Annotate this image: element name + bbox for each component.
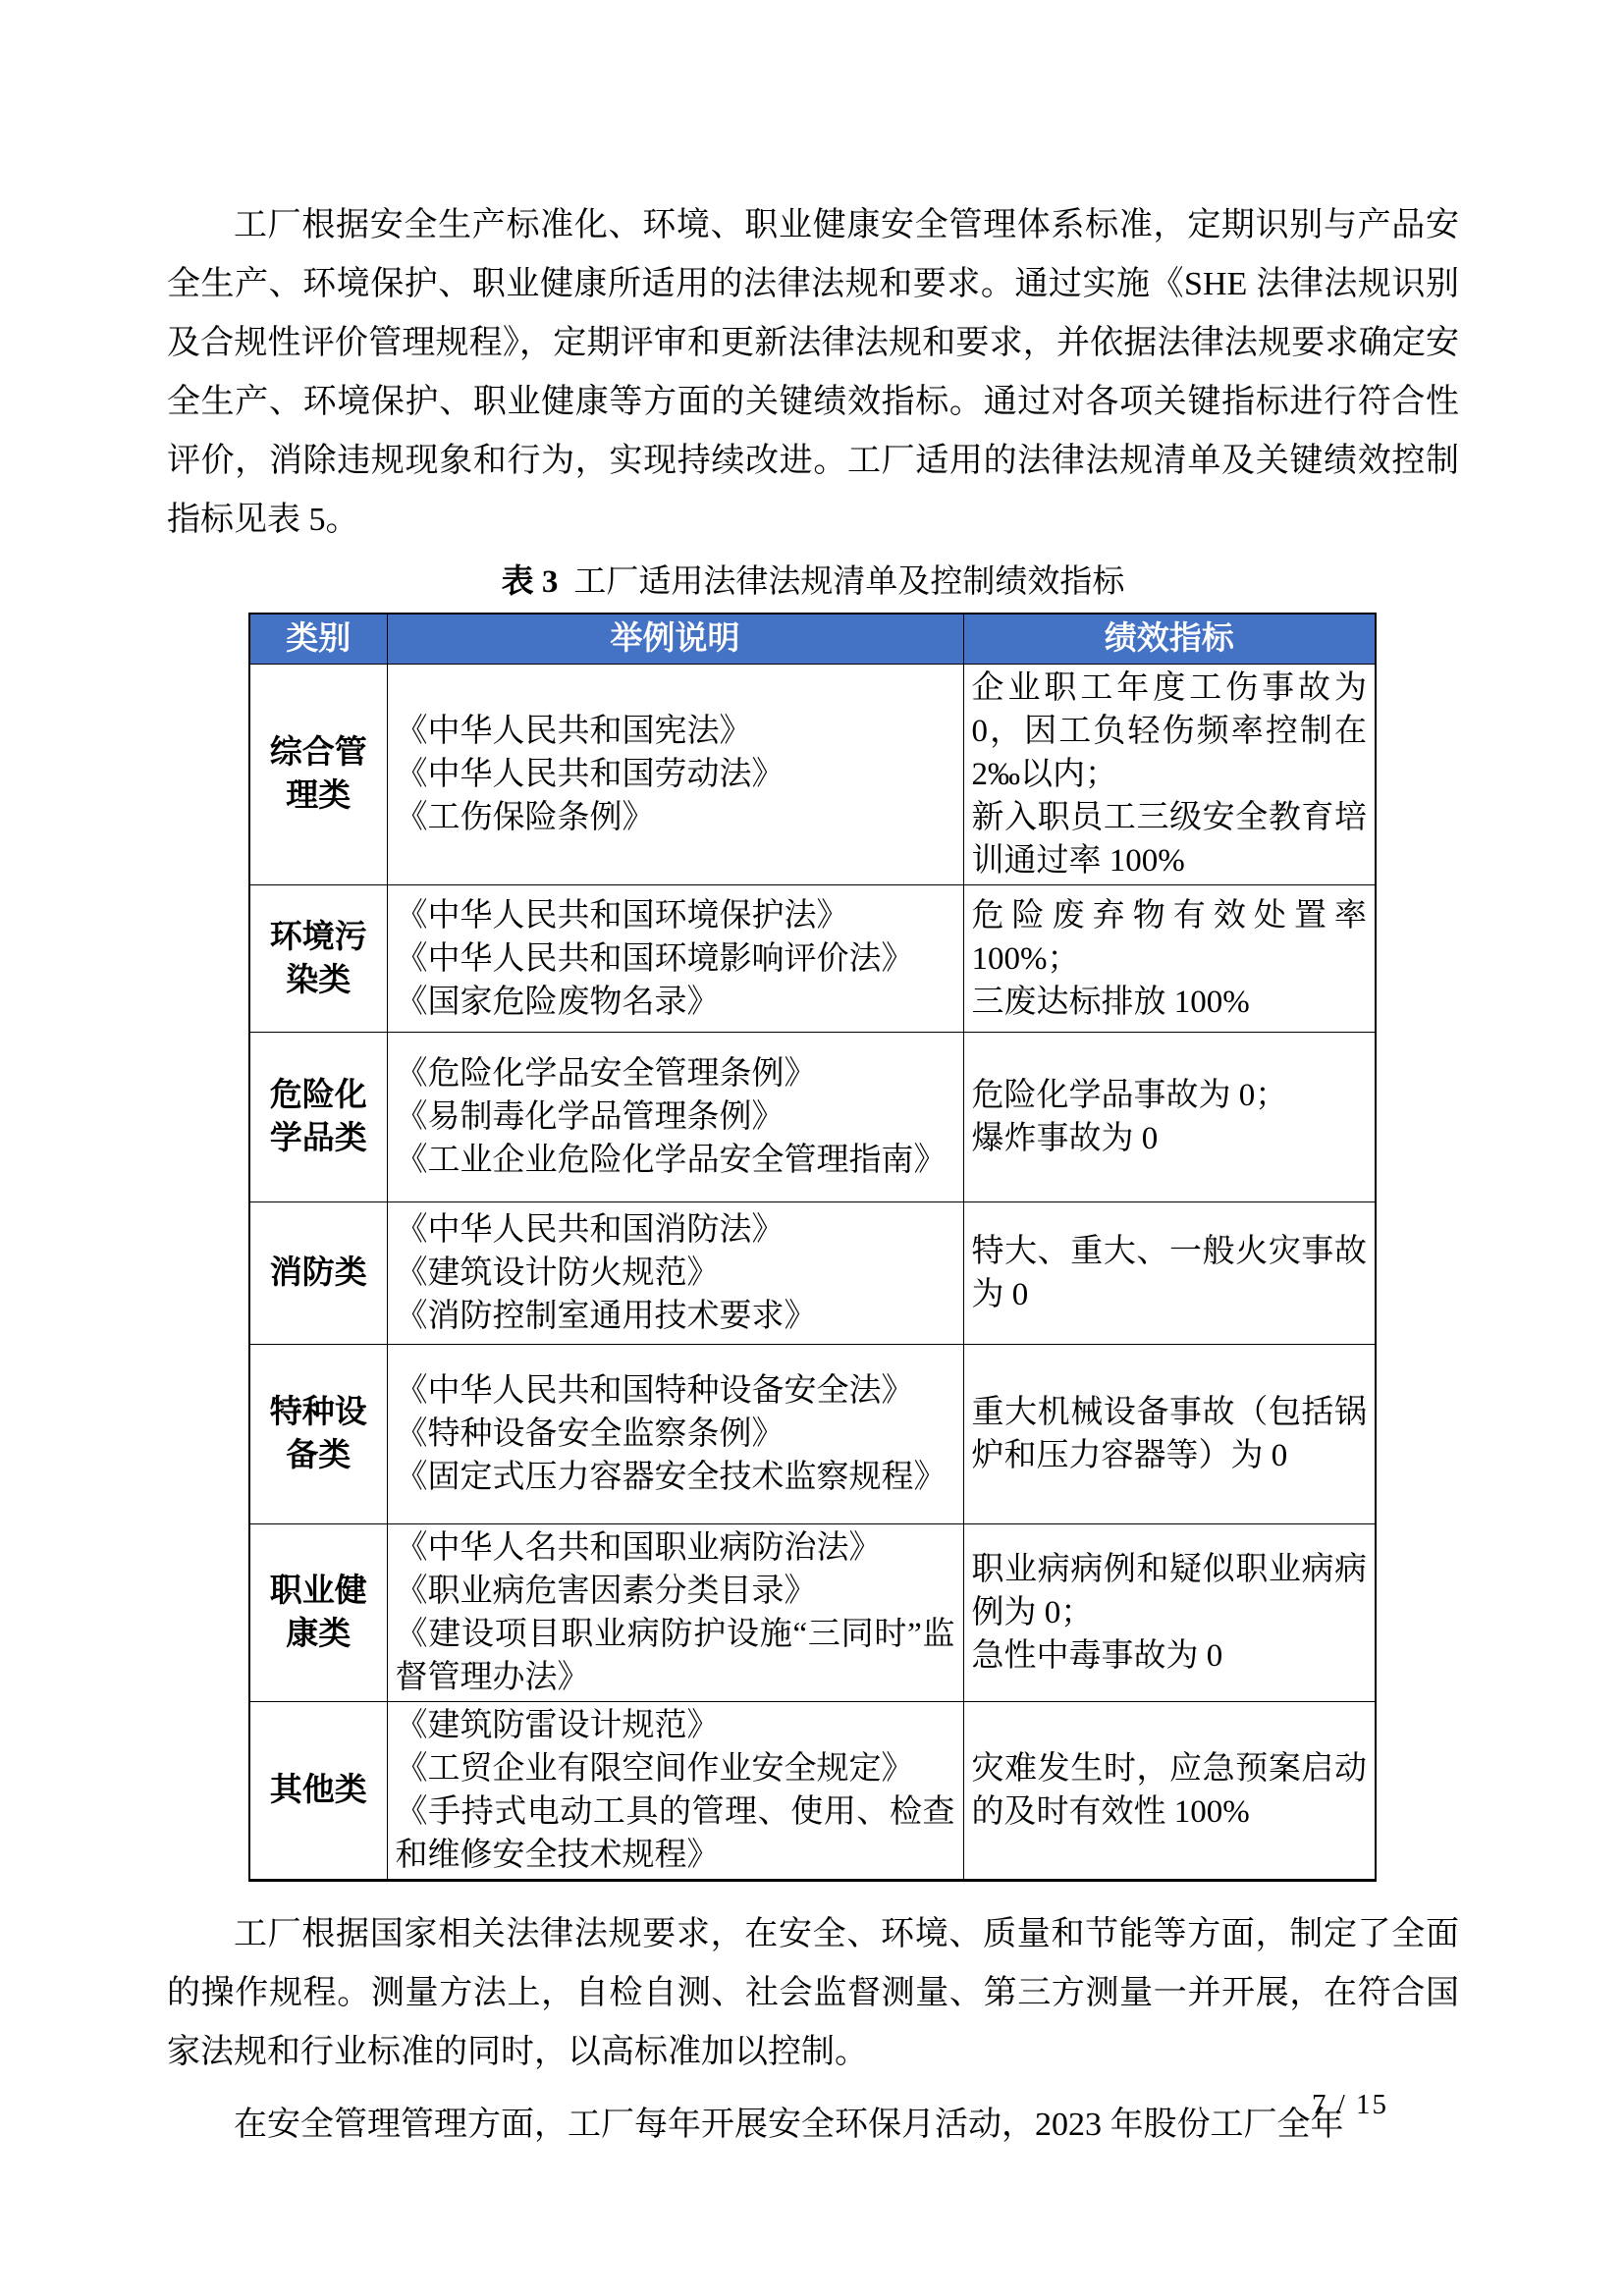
example-item: 《易制毒化学品管理条例》 — [396, 1095, 955, 1139]
example-item: 《消防控制室通用技术要求》 — [396, 1295, 955, 1338]
table-row-special-equipment: 特种设备类 《中华人民共和国特种设备安全法》 《特种设备安全监察条例》 《固定式… — [249, 1345, 1376, 1524]
example-item: 《工伤保险条例》 — [396, 796, 955, 839]
kpi-cell: 职业病病例和疑似职业病病例为 0； 急性中毒事故为 0 — [963, 1524, 1376, 1702]
column-header-category: 类别 — [249, 614, 387, 665]
kpi-item: 重大机械设备事故（包括锅炉和压力容器等）为 0 — [972, 1391, 1368, 1477]
column-header-examples: 举例说明 — [387, 614, 963, 665]
kpi-item: 职业病病例和疑似职业病病例为 0； — [972, 1548, 1368, 1634]
example-item: 《建筑设计防火规范》 — [396, 1252, 955, 1295]
paragraph-intro: 工厂根据安全生产标准化、环境、职业健康安全管理体系标准，定期识别与产品安全生产、… — [167, 196, 1459, 550]
category-cell: 消防类 — [249, 1202, 387, 1345]
table-row-general-management: 综合管理类 《中华人民共和国宪法》 《中华人民共和国劳动法》 《工伤保险条例》 … — [249, 665, 1376, 885]
examples-cell: 《危险化学品安全管理条例》 《易制毒化学品管理条例》 《工业企业危险化学品安全管… — [387, 1033, 963, 1202]
kpi-cell: 灾难发生时，应急预案启动的及时有效性 100% — [963, 1702, 1376, 1881]
category-cell: 环境污染类 — [249, 885, 387, 1033]
example-item: 《手持式电动工具的管理、使用、检查和维修安全技术规程》 — [396, 1790, 955, 1877]
table-row-environment-pollution: 环境污染类 《中华人民共和国环境保护法》 《中华人民共和国环境影响评价法》 《国… — [249, 885, 1376, 1033]
examples-cell: 《中华人名共和国职业病防治法》 《职业病危害因素分类目录》 《建设项目职业病防护… — [387, 1524, 963, 1702]
examples-cell: 《中华人民共和国特种设备安全法》 《特种设备安全监察条例》 《固定式压力容器安全… — [387, 1345, 963, 1524]
example-item: 《中华人民共和国特种设备安全法》 — [396, 1369, 955, 1413]
kpi-cell: 特大、重大、一般火灾事故为 0 — [963, 1202, 1376, 1345]
example-item: 《工贸企业有限空间作业安全规定》 — [396, 1747, 955, 1790]
example-item: 《危险化学品安全管理条例》 — [396, 1052, 955, 1095]
category-cell: 特种设备类 — [249, 1345, 387, 1524]
document-page: 工厂根据安全生产标准化、环境、职业健康安全管理体系标准，定期识别与产品安全生产、… — [0, 0, 1624, 2296]
page-number: 7 / 15 — [1312, 2087, 1388, 2122]
table-row-others: 其他类 《建筑防雷设计规范》 《工贸企业有限空间作业安全规定》 《手持式电动工具… — [249, 1702, 1376, 1881]
example-item: 《建筑防雷设计规范》 — [396, 1704, 955, 1747]
table-caption-title: 工厂适用法律法规清单及控制绩效指标 — [573, 564, 1124, 600]
table-row-fire-protection: 消防类 《中华人民共和国消防法》 《建筑设计防火规范》 《消防控制室通用技术要求… — [249, 1202, 1376, 1345]
column-header-kpi: 绩效指标 — [963, 614, 1376, 665]
table-header-row: 类别 举例说明 绩效指标 — [249, 614, 1376, 665]
category-cell: 其他类 — [249, 1702, 387, 1881]
kpi-item: 危险废弃物有效处置率 100%； — [972, 894, 1368, 981]
kpi-item: 企业职工年度工伤事故为 0，因工负轻伤频率控制在 2‰以内； — [972, 667, 1368, 796]
examples-cell: 《中华人民共和国消防法》 《建筑设计防火规范》 《消防控制室通用技术要求》 — [387, 1202, 963, 1345]
law-regulation-table: 类别 举例说明 绩效指标 综合管理类 《中华人民共和国宪法》 《中华人民共和国劳… — [248, 613, 1377, 1882]
kpi-item: 三废达标排放 100% — [972, 981, 1368, 1024]
table-caption: 表 3工厂适用法律法规清单及控制绩效指标 — [167, 560, 1459, 605]
example-item: 《建设项目职业病防护设施“三同时”监督管理办法》 — [396, 1613, 955, 1699]
examples-cell: 《建筑防雷设计规范》 《工贸企业有限空间作业安全规定》 《手持式电动工具的管理、… — [387, 1702, 963, 1881]
kpi-item: 爆炸事故为 0 — [972, 1117, 1368, 1160]
example-item: 《职业病危害因素分类目录》 — [396, 1570, 955, 1613]
kpi-item: 特大、重大、一般火灾事故为 0 — [972, 1230, 1368, 1316]
kpi-cell: 重大机械设备事故（包括锅炉和压力容器等）为 0 — [963, 1345, 1376, 1524]
example-item: 《中华人民共和国宪法》 — [396, 710, 955, 753]
paragraph-operating-procedures: 工厂根据国家相关法律法规要求，在安全、环境、质量和节能等方面，制定了全面的操作规… — [167, 1905, 1459, 2082]
category-cell: 综合管理类 — [249, 665, 387, 885]
example-item: 《工业企业危险化学品安全管理指南》 — [396, 1139, 955, 1182]
example-item: 《中华人名共和国职业病防治法》 — [396, 1526, 955, 1570]
example-item: 《中华人民共和国环境保护法》 — [396, 894, 955, 937]
kpi-item: 危险化学品事故为 0； — [972, 1074, 1368, 1117]
kpi-cell: 危险废弃物有效处置率 100%； 三废达标排放 100% — [963, 885, 1376, 1033]
kpi-item: 新入职员工三级安全教育培训通过率 100% — [972, 796, 1368, 882]
category-cell: 危险化学品类 — [249, 1033, 387, 1202]
category-cell: 职业健康类 — [249, 1524, 387, 1702]
example-item: 《中华人民共和国环境影响评价法》 — [396, 937, 955, 981]
example-item: 《国家危险废物名录》 — [396, 981, 955, 1024]
page-content: 工厂根据安全生产标准化、环境、职业健康安全管理体系标准，定期识别与产品安全生产、… — [167, 196, 1459, 2155]
kpi-cell: 危险化学品事故为 0； 爆炸事故为 0 — [963, 1033, 1376, 1202]
paragraph-safety-month: 在安全管理管理方面，工厂每年开展安全环保月活动，2023 年股份工厂全年 — [167, 2096, 1459, 2155]
example-item: 《固定式压力容器安全技术监察规程》 — [396, 1456, 955, 1499]
example-item: 《中华人民共和国劳动法》 — [396, 753, 955, 796]
example-item: 《特种设备安全监察条例》 — [396, 1413, 955, 1456]
table-row-occupational-health: 职业健康类 《中华人名共和国职业病防治法》 《职业病危害因素分类目录》 《建设项… — [249, 1524, 1376, 1702]
kpi-item: 灾难发生时，应急预案启动的及时有效性 100% — [972, 1747, 1368, 1834]
kpi-item: 急性中毒事故为 0 — [972, 1634, 1368, 1678]
examples-cell: 《中华人民共和国宪法》 《中华人民共和国劳动法》 《工伤保险条例》 — [387, 665, 963, 885]
table-caption-number: 表 3 — [502, 564, 559, 600]
examples-cell: 《中华人民共和国环境保护法》 《中华人民共和国环境影响评价法》 《国家危险废物名… — [387, 885, 963, 1033]
table-row-hazardous-chemicals: 危险化学品类 《危险化学品安全管理条例》 《易制毒化学品管理条例》 《工业企业危… — [249, 1033, 1376, 1202]
example-item: 《中华人民共和国消防法》 — [396, 1208, 955, 1252]
kpi-cell: 企业职工年度工伤事故为 0，因工负轻伤频率控制在 2‰以内； 新入职员工三级安全… — [963, 665, 1376, 885]
